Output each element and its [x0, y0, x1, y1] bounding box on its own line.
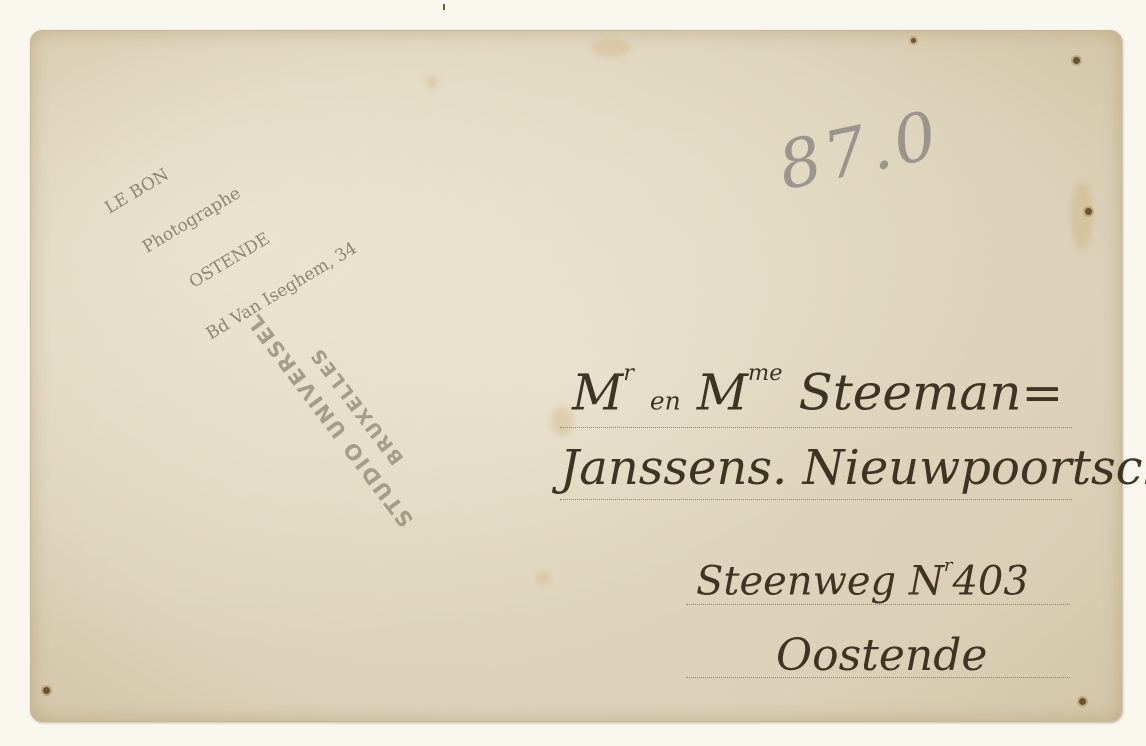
- foxing-stain: [536, 571, 550, 585]
- pin-hole: [43, 687, 50, 694]
- address-recipient-line: Mr en Mme Steeman=: [572, 360, 1063, 421]
- foxing-stain: [551, 406, 573, 436]
- address-city-line: Oostende: [776, 630, 987, 681]
- address-street-number-line: Steenweg Nr403: [696, 555, 1029, 604]
- street-word: Steenweg: [696, 558, 896, 604]
- title-mr-sup: r: [623, 360, 634, 386]
- conjunction: en: [650, 386, 681, 415]
- address-line-rule: [560, 427, 1072, 428]
- foxing-stain: [426, 76, 438, 88]
- house-number: 403: [952, 558, 1028, 604]
- scan-mark: [443, 4, 445, 10]
- recipient-surname: Steeman=: [798, 363, 1063, 421]
- address-name-street-line: Janssens. Nieuwpoortsche: [560, 440, 1146, 496]
- title-mme-sup: me: [748, 360, 783, 386]
- foxing-stain: [1071, 181, 1093, 251]
- address-line-rule: [560, 499, 1072, 500]
- title-mr: M: [572, 363, 623, 421]
- foxing-stain: [591, 39, 631, 57]
- pin-hole: [1079, 698, 1086, 705]
- pin-hole: [911, 38, 916, 43]
- pin-hole: [1073, 57, 1080, 64]
- pin-hole: [1085, 208, 1092, 215]
- title-mme: M: [697, 363, 748, 421]
- number-label: N: [909, 558, 944, 604]
